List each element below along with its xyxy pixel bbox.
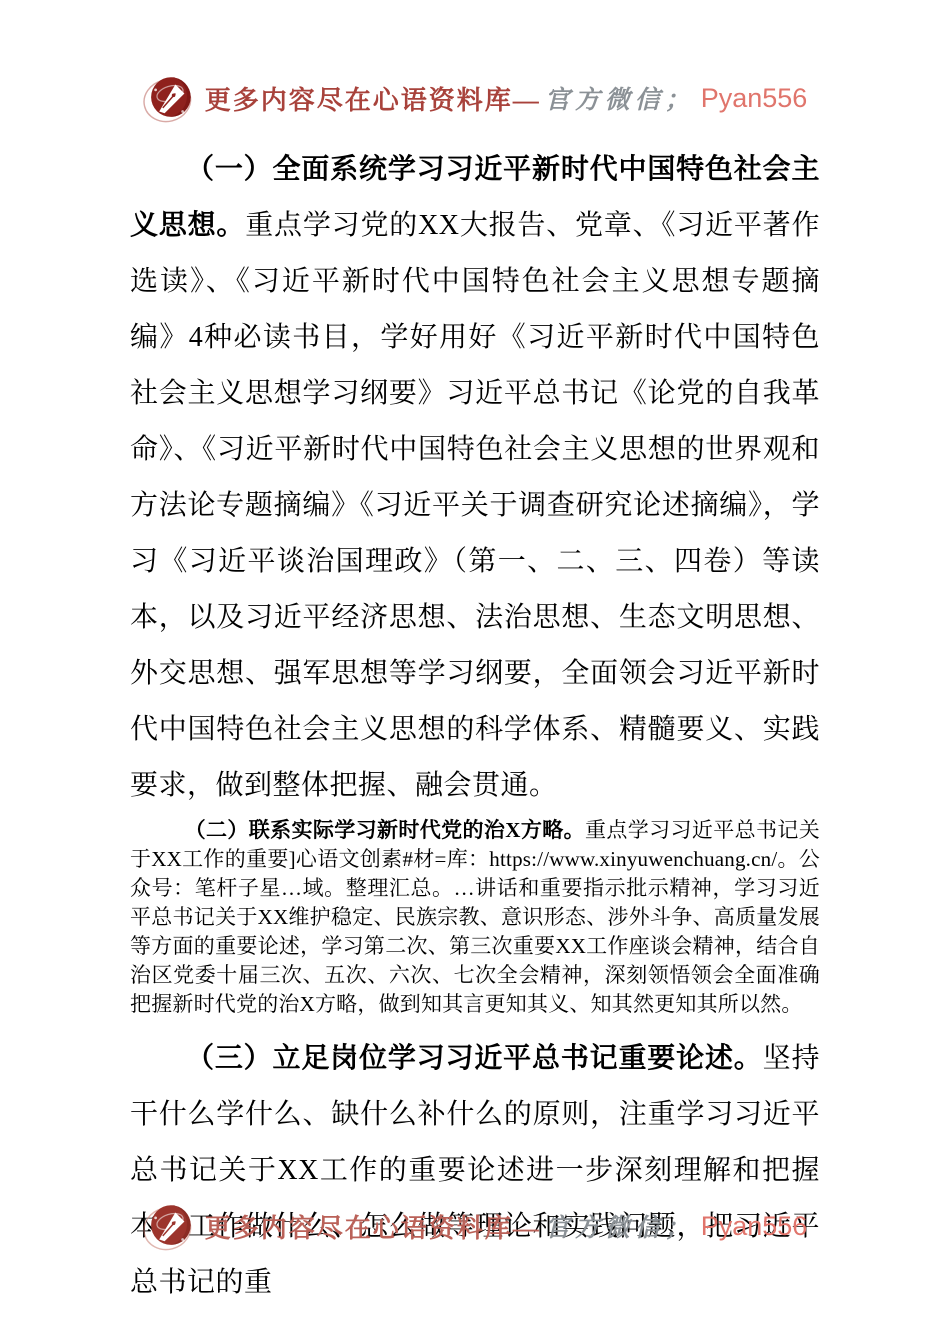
watermark-text: 更多内容尽在心语资料库—: [205, 1208, 541, 1245]
paragraph-1: （一）全面系统学习习近平新时代中国特色社会主义思想。重点学习党的XX大报告、党章…: [130, 142, 820, 814]
header-watermark: 更多内容尽在心语资料库— 官方微信； Pyan556: [0, 68, 950, 128]
watermark-text: 更多内容尽在心语资料库—: [205, 80, 541, 117]
wechat-id: Pyan556: [701, 1211, 808, 1242]
paragraph-3-heading: （三）立足岗位学习习近平总书记重要论述。: [186, 1043, 763, 1074]
paragraph-1-body: 重点学习党的XX大报告、党章、《习近平著作选读》、《习近平新时代中国特色社会主义…: [130, 210, 820, 801]
pen-logo-icon: [143, 68, 197, 128]
document-content: （一）全面系统学习习近平新时代中国特色社会主义思想。重点学习党的XX大报告、党章…: [130, 142, 820, 1311]
wechat-id: Pyan556: [701, 83, 808, 114]
wechat-label: 官方微信；: [545, 1208, 695, 1244]
pen-logo-icon: [143, 1196, 197, 1256]
paragraph-2-heading: （二）联系实际学习新时代党的治X方略。: [185, 818, 585, 842]
paragraph-2-body: 重点学习习近平总书记关于XX工作的重要]心语文创素#材=库：https://ww…: [130, 818, 820, 1016]
paragraph-3: （三）立足岗位学习习近平总书记重要论述。坚持干什么学什么、缺什么补什么的原则，注…: [130, 1031, 820, 1311]
wechat-label: 官方微信；: [545, 80, 695, 116]
paragraph-3-body: 坚持干什么学什么、缺什么补什么的原则，注重学习习近平总书记关于XX工作的重要论述…: [130, 1043, 820, 1298]
footer-watermark: 更多内容尽在心语资料库— 官方微信； Pyan556: [0, 1196, 950, 1256]
paragraph-2: （二）联系实际学习新时代党的治X方略。重点学习习近平总书记关于XX工作的重要]心…: [130, 816, 820, 1019]
